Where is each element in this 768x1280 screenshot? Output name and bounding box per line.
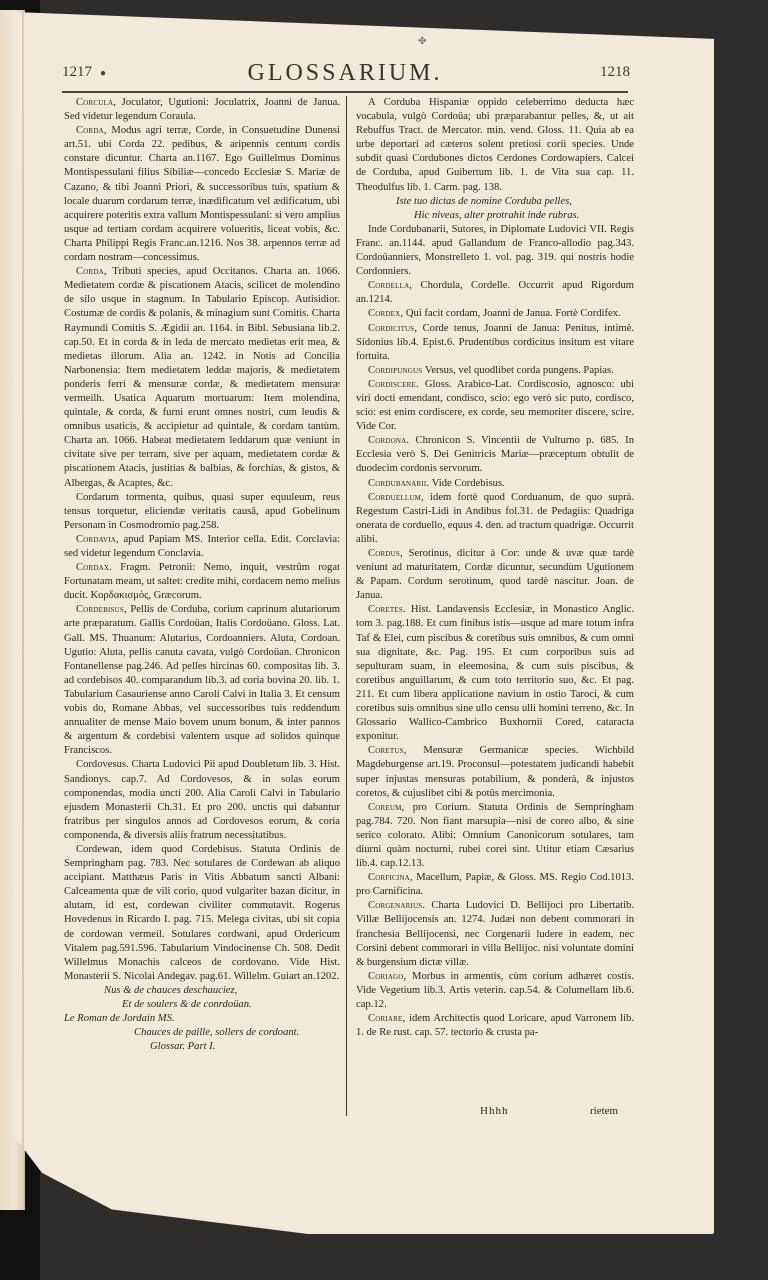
header-rule (62, 91, 628, 93)
gathering-signature: Hhhh (480, 1105, 508, 1117)
entry: Corcula, Joculator, Ugutioni: Joculatrix… (64, 96, 340, 124)
left-column: Corcula, Joculator, Ugutioni: Joculatrix… (64, 96, 340, 1054)
folio-right: 1218 (600, 64, 630, 81)
verse-line: Chauces de paille, sollers de cordoant. (64, 1026, 340, 1040)
entry: Cordipungus Versus, vel quodlibet corda … (356, 364, 634, 378)
right-column: A Corduba Hispaniæ oppido celeberrimo de… (356, 96, 634, 1040)
entry: Cordavia, apud Papiam MS. Interior cella… (64, 533, 340, 561)
entry: Coretes. Hist. Landavensis Ecclesiæ, in … (356, 603, 634, 744)
entry: Corda, Modus agri terræ, Corde, in Consu… (64, 124, 340, 265)
entry: Cordax. Fragm. Petronii: Nemo, inquit, v… (64, 561, 340, 603)
verse-line: Nus & de chauces deschauciez, (64, 984, 340, 998)
entry: A Corduba Hispaniæ oppido celeberrimo de… (356, 96, 634, 195)
entry: Coreum, pro Corium. Statuta Ordinis de S… (356, 801, 634, 871)
verse-line: Et de soulers & de conrdoüan. (64, 998, 340, 1012)
entry: Corgenarius. Charta Ludovici D. Bellijoc… (356, 899, 634, 969)
catchword: rietem (590, 1105, 618, 1117)
entry: Corficina, Macellum, Papiæ, & Gloss. MS.… (356, 871, 634, 899)
ornament-mark: ✤ (418, 36, 426, 47)
entry: Cordex, Qui facit cordam, Joanni de Janu… (356, 307, 634, 321)
verse-line: Hic niveas, alter protrahit inde rubras. (356, 209, 634, 223)
entry: Cordubanarii. Vide Cordebisus. (356, 477, 634, 491)
entry: Corduellum, idem fortè quod Corduanum, d… (356, 491, 634, 547)
entry: Cordebisus, Pellis de Corduba, corium ca… (64, 603, 340, 758)
entry: Cordicitus, Corde tenus, Joanni de Janua… (356, 322, 634, 364)
verse-line: Iste tuo dictas de nomine Corduba pelles… (356, 195, 634, 209)
entry: Coretus, Mensuræ Germanicæ species. Wich… (356, 744, 634, 800)
column-rule (346, 96, 347, 1116)
entry: Coriago, Morbus in armentis, cùm corium … (356, 970, 634, 1012)
entry: Cordarum tormenta, quibus, quasi super e… (64, 491, 340, 533)
entry: Cordiscere. Gloss. Arabico-Lat. Cordisco… (356, 378, 634, 434)
entry: Cordus, Serotinus, dicitur à Cor: unde &… (356, 547, 634, 603)
running-head: 1217 ● GLOSSARIUM. 1218 (60, 60, 630, 90)
page-title: GLOSSARIUM. (60, 60, 630, 87)
entry: Cordona. Chronicon S. Vincentii de Vultu… (356, 434, 634, 476)
entry: Cordella, Chordula, Cordelle. Occurrit a… (356, 279, 634, 307)
entry: Cordovesus. Charta Ludovici Pii apud Dou… (64, 758, 340, 843)
volume-signature: Glossar. Part I. (64, 1040, 340, 1054)
entry: Inde Cordubanarii, Sutores, in Diplomate… (356, 223, 634, 279)
verse-source: Le Roman de Jordain MS. (64, 1012, 340, 1026)
entry: Cordewan, idem quod Cordebisus. Statuta … (64, 843, 340, 984)
entry: Corda, Tributi species, apud Occitanos. … (64, 265, 340, 491)
entry: Coriare, idem Architectis quod Loricare,… (356, 1012, 634, 1040)
